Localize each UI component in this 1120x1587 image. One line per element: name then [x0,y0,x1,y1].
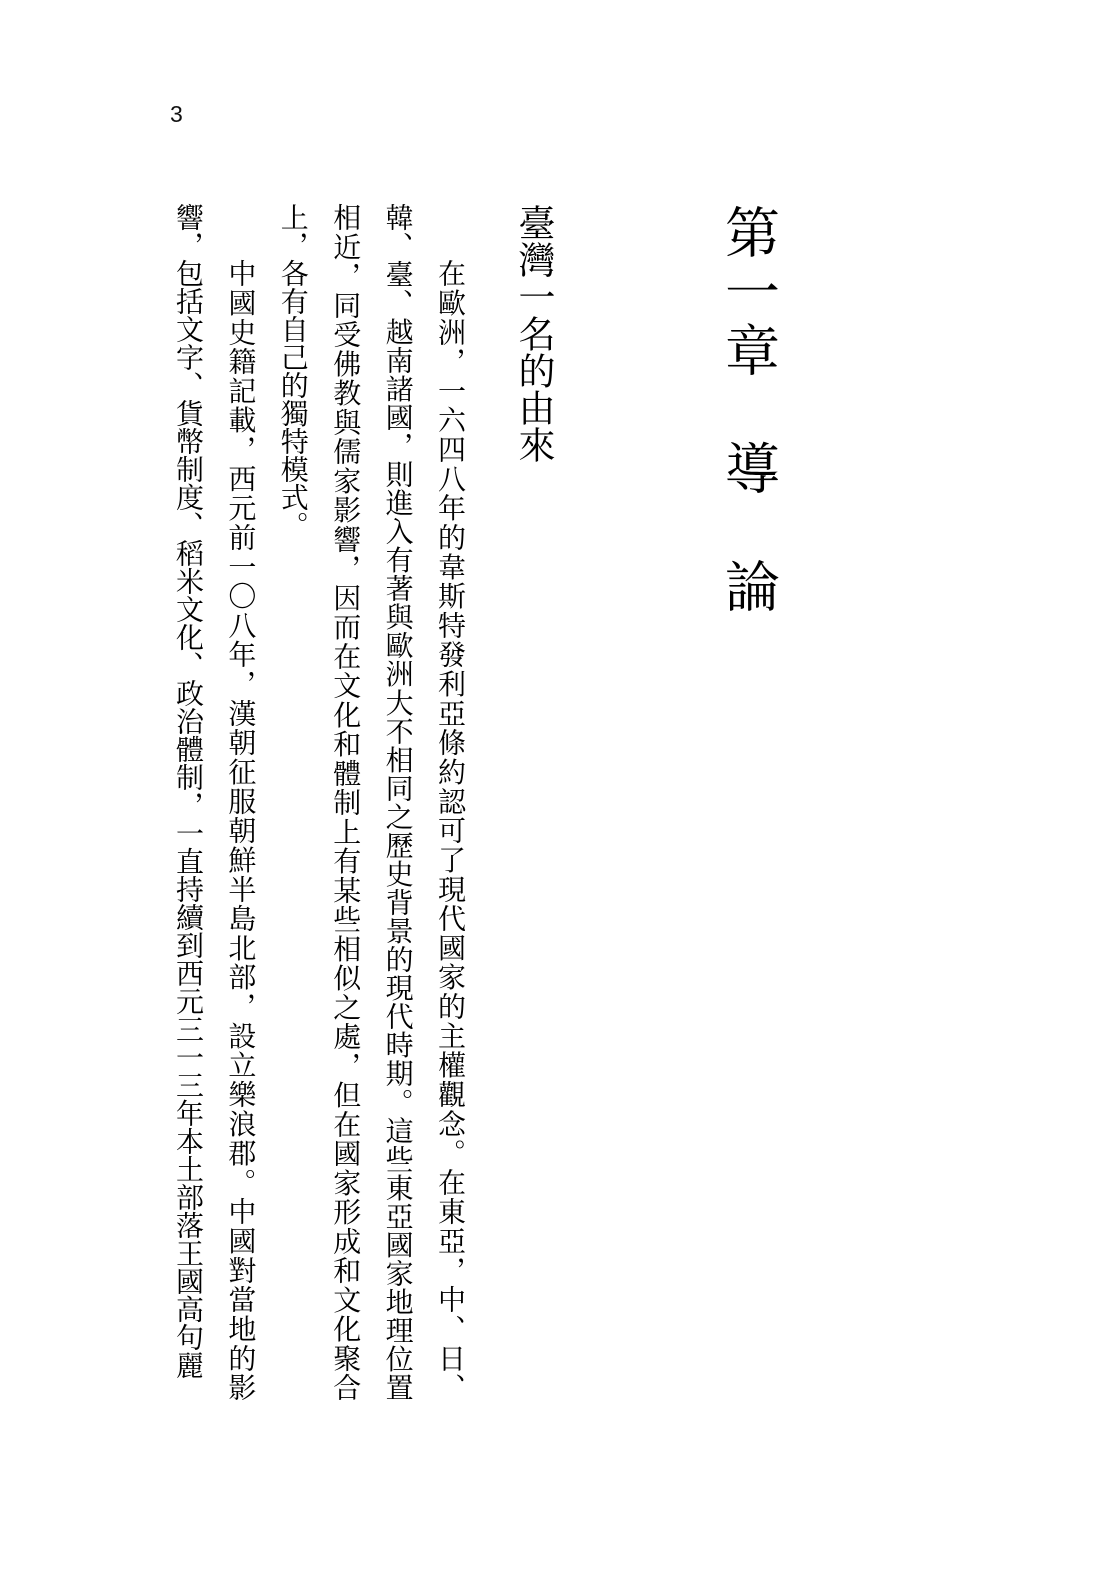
chapter-title: 第一章 導 論 [720,204,775,617]
body-text: 在歐洲，一六四八年的韋斯特發利亞條約認可了現代國家的主權觀念。在東亞，中、日、韓… [160,203,475,1401]
section-title: 臺灣一名的由來 [514,204,551,463]
page-number: 3 [170,101,183,128]
body-paragraph-1: 在歐洲，一六四八年的韋斯特發利亞條約認可了現代國家的主權觀念。在東亞，中、日、韓… [265,203,475,1401]
book-page: 3 第一章 導 論 臺灣一名的由來 在歐洲，一六四八年的韋斯特發利亞條約認可了現… [0,0,1120,1587]
body-paragraph-2: 中國史籍記載，西元前一〇八年，漢朝征服朝鮮半島北部，設立樂浪郡。中國對當地的影響… [161,203,266,1401]
